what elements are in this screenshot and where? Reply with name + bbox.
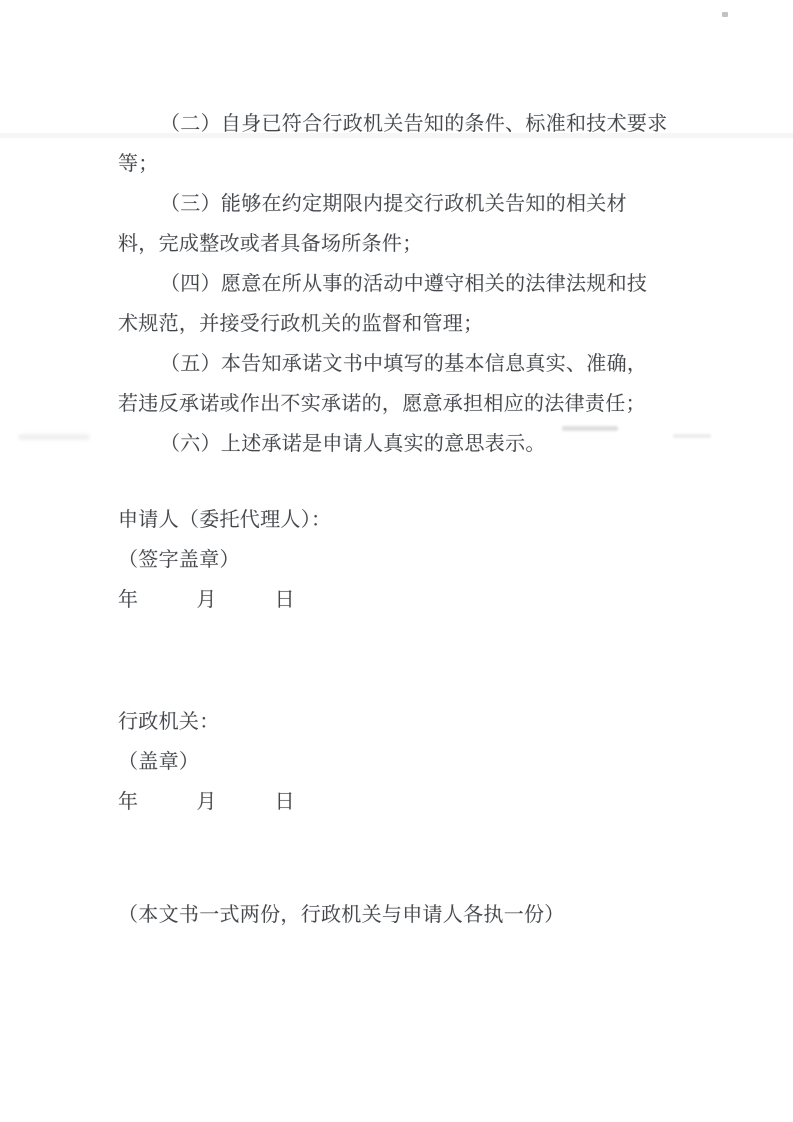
clause-2-line-1: （二）自身已符合行政机关告知的条件、标准和技术要求	[118, 104, 670, 144]
authority-month-label: 月	[196, 782, 216, 822]
clause-3-line-1: （三）能够在约定期限内提交行政机关告知的相关材	[118, 184, 670, 224]
scan-artifact-dot	[722, 12, 728, 17]
clause-6-line-1: （六）上述承诺是申请人真实的意思表示。	[118, 424, 670, 464]
blank-space	[118, 822, 670, 895]
applicant-day-label: 日	[275, 580, 295, 620]
applicant-title: 申请人（委托代理人）：	[118, 500, 670, 540]
applicant-year-label: 年	[118, 580, 138, 620]
authority-seal-note: （盖章）	[118, 742, 670, 782]
applicant-seal-note: （签字盖章）	[118, 540, 670, 580]
document-page: （二）自身已符合行政机关告知的条件、标准和技术要求 等； （三）能够在约定期限内…	[0, 0, 793, 1122]
scan-artifact-smudge	[673, 434, 711, 438]
clause-5-line-1: （五）本告知承诺文书中填写的基本信息真实、准确，	[118, 344, 670, 384]
clause-2-line-2: 等；	[118, 144, 670, 184]
authority-year-label: 年	[118, 782, 138, 822]
applicant-date-line: 年 月 日	[118, 580, 670, 620]
authority-day-label: 日	[275, 782, 295, 822]
clause-4-line-1: （四）愿意在所从事的活动中遵守相关的法律法规和技	[118, 264, 670, 304]
footer-note: （本文书一式两份，行政机关与申请人各执一份）	[118, 895, 670, 935]
document-body: （二）自身已符合行政机关告知的条件、标准和技术要求 等； （三）能够在约定期限内…	[118, 104, 670, 935]
clause-3-line-2: 料，完成整改或者具备场所条件；	[118, 224, 670, 264]
blank-space	[118, 620, 670, 702]
clause-4-line-2: 术规范，并接受行政机关的监督和管理；	[118, 304, 670, 344]
authority-date-line: 年 月 日	[118, 782, 670, 822]
blank-space	[118, 464, 670, 500]
applicant-month-label: 月	[196, 580, 216, 620]
scan-artifact-smudge	[18, 434, 90, 440]
clause-5-line-2: 若违反承诺或作出不实承诺的，愿意承担相应的法律责任；	[118, 384, 670, 424]
authority-title: 行政机关：	[118, 702, 670, 742]
